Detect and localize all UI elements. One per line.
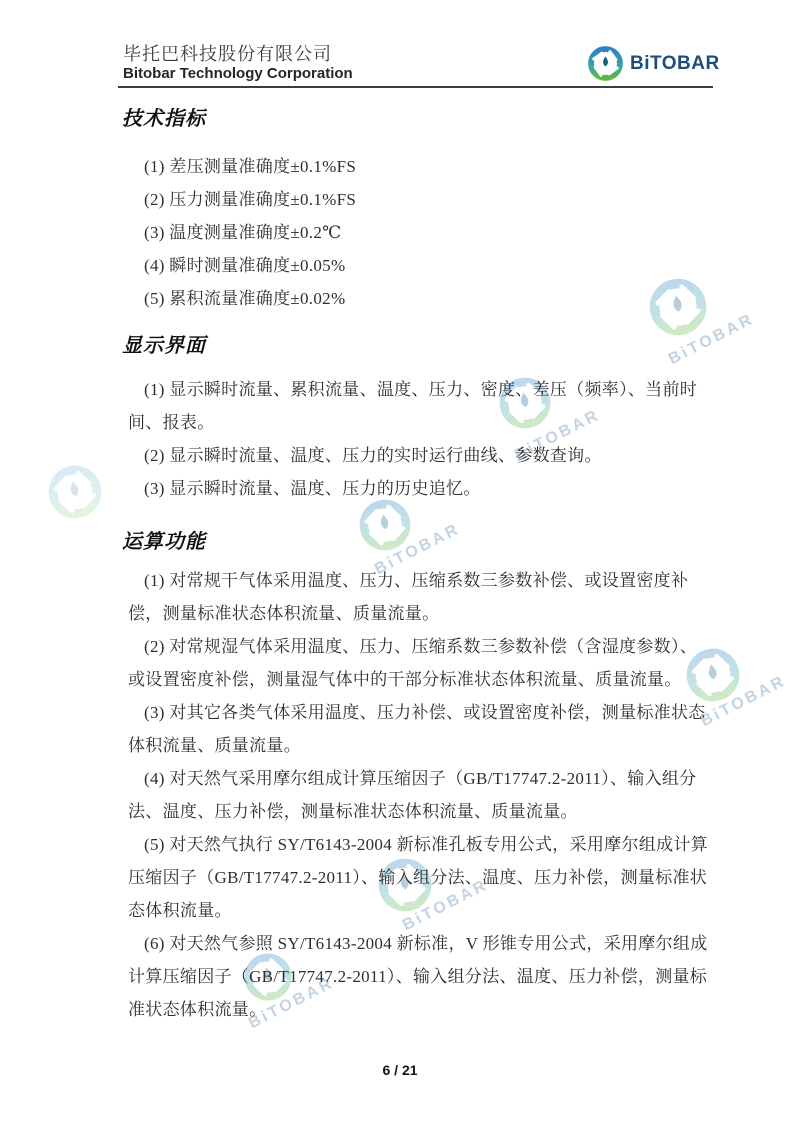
list-item: (2) 压力测量准确度±0.1%FS (128, 183, 714, 216)
list-item: (1) 显示瞬时流量、累积流量、温度、压力、密度、差压（频率）、当前时间、报表。 (128, 373, 714, 439)
list-item: (3) 对其它各类气体采用温度、压力补偿、或设置密度补偿，测量标准状态体积流量、… (128, 696, 714, 762)
list-item: (4) 对天然气采用摩尔组成计算压缩因子（GB/T17747.2-2011）、输… (128, 762, 714, 828)
section-display-interface: 显示界面 (1) 显示瞬时流量、累积流量、温度、压力、密度、差压（频率）、当前时… (128, 333, 714, 505)
section-title: 运算功能 (122, 529, 714, 555)
company-name-en: Bitobar Technology Corporation (123, 65, 353, 82)
logo-wordmark: BiTOBAR (630, 53, 720, 75)
section-title: 显示界面 (122, 333, 714, 359)
section-items: (1) 对常规干气体采用温度、压力、压缩系数三参数补偿、或设置密度补偿，测量标准… (128, 564, 714, 1026)
list-item: (3) 温度测量准确度±0.2℃ (128, 216, 714, 249)
header-divider (118, 86, 713, 88)
bitobar-watermark-icon (42, 459, 108, 525)
list-item: (5) 累积流量准确度±0.02% (128, 282, 714, 315)
section-technical-specs: 技术指标 (1) 差压测量准确度±0.1%FS (2) 压力测量准确度±0.1%… (128, 106, 714, 315)
list-item: (2) 对常规湿气体采用温度、压力、压缩系数三参数补偿（含湿度参数）、或设置密度… (128, 630, 714, 696)
list-item: (6) 对天然气参照 SY/T6143-2004 新标准，V 形锥专用公式，采用… (128, 927, 714, 1026)
section-title: 技术指标 (122, 106, 714, 132)
company-logo: BiTOBAR (587, 45, 720, 82)
section-computing-functions: 运算功能 (1) 对常规干气体采用温度、压力、压缩系数三参数补偿、或设置密度补偿… (128, 529, 714, 1026)
list-item: (3) 显示瞬时流量、温度、压力的历史追忆。 (128, 472, 714, 505)
list-item: (5) 对天然气执行 SY/T6143-2004 新标准孔板专用公式，采用摩尔组… (128, 828, 714, 927)
list-item: (1) 差压测量准确度±0.1%FS (128, 150, 714, 183)
list-item: (4) 瞬时测量准确度±0.05% (128, 249, 714, 282)
document-body: 技术指标 (1) 差压测量准确度±0.1%FS (2) 压力测量准确度±0.1%… (128, 106, 714, 1026)
section-items: (1) 差压测量准确度±0.1%FS (2) 压力测量准确度±0.1%FS (3… (128, 150, 714, 315)
bitobar-logo-icon (587, 45, 624, 82)
section-items: (1) 显示瞬时流量、累积流量、温度、压力、密度、差压（频率）、当前时间、报表。… (128, 373, 714, 505)
list-item: (2) 显示瞬时流量、温度、压力的实时运行曲线、参数查询。 (128, 439, 714, 472)
page-number: 6 / 21 (0, 1062, 800, 1078)
document-page: BiTOBAR BiTOBAR BiTOBAR BiTOBAR BiTOBAR … (0, 0, 800, 1131)
list-item: (1) 对常规干气体采用温度、压力、压缩系数三参数补偿、或设置密度补偿，测量标准… (128, 564, 714, 630)
company-name-cn: 毕托巴科技股份有限公司 (123, 40, 332, 66)
